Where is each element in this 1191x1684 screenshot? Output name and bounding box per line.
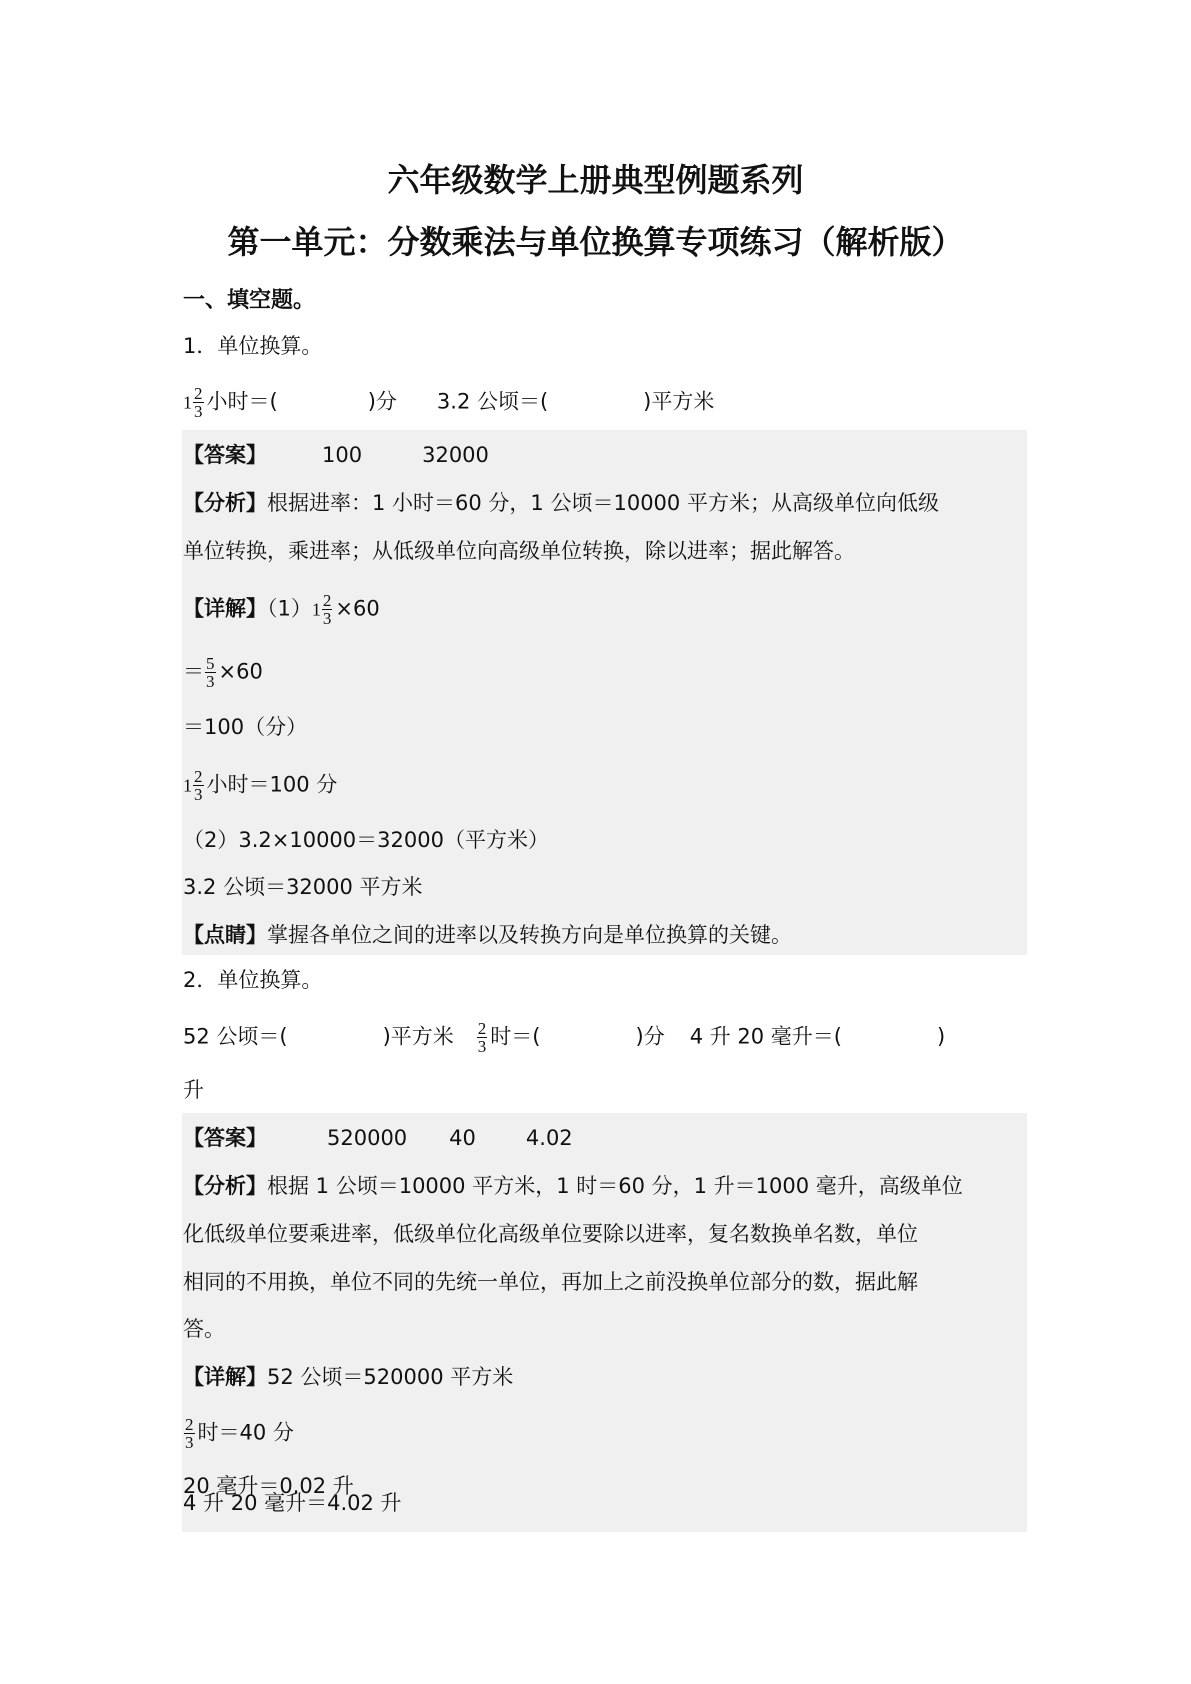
answer-value: 32000 bbox=[422, 443, 489, 467]
comment-line: 【点睛】掌握各单位之间的进率以及转换方向是单位换算的关键。 bbox=[183, 920, 792, 950]
document-page: 六年级数学上册典型例题系列 第一单元：分数乘法与单位换算专项练习（解析版） 一、… bbox=[0, 0, 1191, 1684]
solution-box-1: 【答案】10032000 【分析】根据进率：1 小时＝60 分，1 公顷＝100… bbox=[182, 430, 1027, 955]
detail-line: 【详解】52 公顷＝520000 平方米 bbox=[183, 1362, 513, 1392]
comment-tag: 【点睛】 bbox=[183, 923, 267, 947]
question-2-items: 52 公顷＝()平方米23时＝()分4 升 20 毫升＝() bbox=[183, 1020, 945, 1055]
section-heading: 一、填空题。 bbox=[183, 283, 315, 314]
question-text: 单位换算。 bbox=[217, 334, 322, 358]
detail-line: 4 升 20 毫升＝4.02 升 bbox=[183, 1488, 402, 1518]
detail-line: ＝53×60 bbox=[183, 655, 263, 690]
fraction: 23 bbox=[184, 1416, 195, 1451]
question-text: 单位换算。 bbox=[217, 968, 322, 992]
question-2-items-wrap: 升 bbox=[183, 1075, 204, 1105]
analysis-tag: 【分析】 bbox=[183, 1174, 267, 1198]
fraction: 23 bbox=[193, 768, 204, 803]
analysis-line: 答。 bbox=[183, 1314, 225, 1344]
detail-line: 23时＝40 分 bbox=[183, 1416, 294, 1451]
detail-tag: 【详解】 bbox=[183, 597, 267, 621]
analysis-line: 相同的不用换，单位不同的先统一单位，再加上之前没换单位部分的数，据此解 bbox=[183, 1267, 918, 1297]
answer-line: 【答案】10032000 bbox=[183, 440, 489, 470]
answer-value: 100 bbox=[322, 443, 362, 467]
detail-line: ＝100（分） bbox=[183, 712, 307, 742]
answer-value: 4.02 bbox=[526, 1126, 573, 1150]
answer-line: 【答案】520000404.02 bbox=[183, 1123, 573, 1153]
fraction: 23 bbox=[322, 592, 333, 627]
fraction: 23 bbox=[477, 1020, 488, 1055]
detail-line: （2）3.2×10000＝32000（平方米） bbox=[183, 825, 549, 855]
question-number: 2． bbox=[183, 968, 217, 992]
analysis-tag: 【分析】 bbox=[183, 491, 267, 515]
answer-tag: 【答案】 bbox=[183, 443, 267, 467]
mixed-number-whole: 1 bbox=[183, 393, 192, 413]
document-subtitle: 第一单元：分数乘法与单位换算专项练习（解析版） bbox=[0, 217, 1191, 263]
answer-value: 40 bbox=[449, 1126, 476, 1150]
detail-line: 123小时＝100 分 bbox=[183, 768, 337, 803]
detail-line: 3.2 公顷＝32000 平方米 bbox=[183, 872, 423, 902]
answer-value: 520000 bbox=[327, 1126, 407, 1150]
fraction: 23 bbox=[193, 385, 204, 420]
analysis-line: 【分析】根据 1 公顷＝10000 平方米，1 时＝60 分，1 升＝1000 … bbox=[183, 1171, 963, 1201]
answer-tag: 【答案】 bbox=[183, 1126, 267, 1150]
fraction: 53 bbox=[205, 655, 216, 690]
analysis-line: 【分析】根据进率：1 小时＝60 分，1 公顷＝10000 平方米；从高级单位向… bbox=[183, 488, 939, 518]
question-1-prompt: 1．单位换算。 bbox=[183, 331, 322, 361]
solution-box-2: 【答案】520000404.02 【分析】根据 1 公顷＝10000 平方米，1… bbox=[182, 1113, 1027, 1532]
analysis-line: 化低级单位要乘进率，低级单位化高级单位要除以进率，复名数换单名数，单位 bbox=[183, 1219, 918, 1249]
detail-line: 【详解】（1）123×60 bbox=[183, 592, 380, 627]
detail-tag: 【详解】 bbox=[183, 1365, 267, 1389]
document-title: 六年级数学上册典型例题系列 bbox=[0, 155, 1191, 201]
question-2-prompt: 2．单位换算。 bbox=[183, 965, 322, 995]
question-number: 1． bbox=[183, 334, 217, 358]
analysis-line: 单位转换，乘进率；从低级单位向高级单位转换，除以进率；据此解答。 bbox=[183, 536, 855, 566]
question-1-items: 123小时＝()分3.2 公顷＝()平方米 bbox=[183, 385, 714, 420]
